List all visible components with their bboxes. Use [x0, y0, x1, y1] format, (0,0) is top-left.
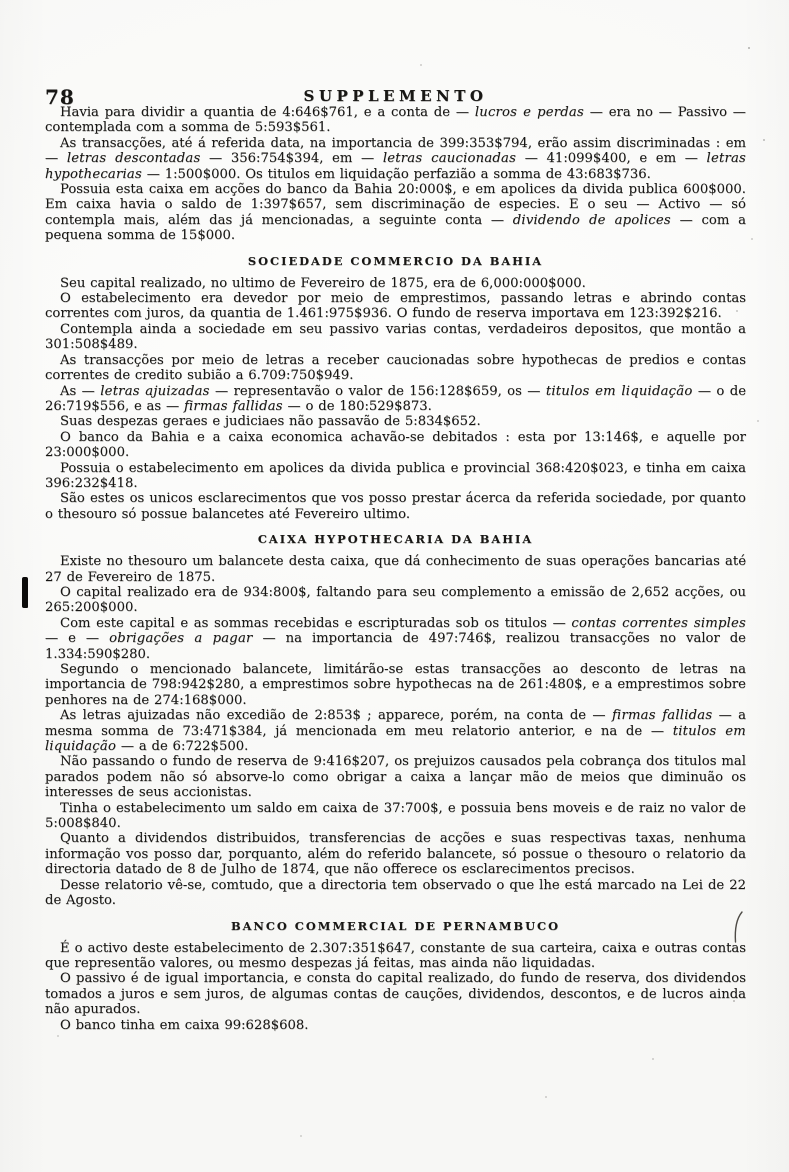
page-title: SUPPLEMENTO	[45, 87, 746, 105]
pen-stroke-mark	[729, 911, 745, 943]
paragraph: Possuia o estabelecimento em apolices da…	[45, 461, 746, 492]
paragraph: O estabelecimento era devedor por meio d…	[45, 291, 746, 322]
paragraph: Possuia esta caixa em acções do banco da…	[45, 182, 746, 244]
paragraph: O banco tinha em caixa 99:628$608.	[45, 1018, 746, 1033]
paragraph: Existe no thesouro um balancete desta ca…	[45, 554, 746, 585]
page-header: 78 SUPPLEMENTO	[45, 84, 746, 106]
paragraph: Havia para dividir a quantia de 4:646$76…	[45, 105, 746, 136]
paragraph: Contempla ainda a sociedade em seu passi…	[45, 322, 746, 353]
paragraph: As — letras ajuizadas — representavão o …	[45, 384, 746, 415]
section-heading: SOCIEDADE COMMERCIO DA BAHIA	[45, 255, 746, 268]
scanned-document-page: 78 SUPPLEMENTO Havia para dividir a quan…	[0, 0, 789, 1172]
section-heading: BANCO COMMERCIAL DE PERNAMBUCO	[45, 920, 746, 933]
ink-smudge-mark	[22, 577, 28, 608]
paragraph: Suas despezas geraes e judiciaes não pas…	[45, 414, 746, 429]
paragraph: As transacções por meio de letras a rece…	[45, 353, 746, 384]
paragraph: O passivo é de igual importancia, e cons…	[45, 971, 746, 1017]
paragraph: Segundo o mencionado balancete, limitárã…	[45, 662, 746, 708]
paragraph: As letras ajuizadas não excedião de 2:85…	[45, 708, 746, 754]
document-body: Havia para dividir a quantia de 4:646$76…	[45, 105, 746, 1033]
paragraph: Tinha o estabelecimento um saldo em caix…	[45, 801, 746, 832]
paragraph: Desse relatorio vê-se, comtudo, que a di…	[45, 878, 746, 909]
paragraph: O capital realizado era de 934:800$, fal…	[45, 585, 746, 616]
scan-specks	[0, 0, 2, 2]
paragraph: As transacções, até á referida data, na …	[45, 136, 746, 182]
paragraph: Com este capital e as sommas recebidas e…	[45, 616, 746, 662]
paragraph: São estes os unicos esclarecimentos que …	[45, 491, 746, 522]
paragraph: O banco da Bahia e a caixa economica ach…	[45, 430, 746, 461]
paragraph: Quanto a dividendos distribuidos, transf…	[45, 831, 746, 877]
paragraph: É o activo deste estabelecimento de 2.30…	[45, 941, 746, 972]
paragraph: Não passando o fundo de reserva de 9:416…	[45, 754, 746, 800]
section-heading: CAIXA HYPOTHECARIA DA BAHIA	[45, 533, 746, 546]
paragraph: Seu capital realizado, no ultimo de Feve…	[45, 276, 746, 291]
